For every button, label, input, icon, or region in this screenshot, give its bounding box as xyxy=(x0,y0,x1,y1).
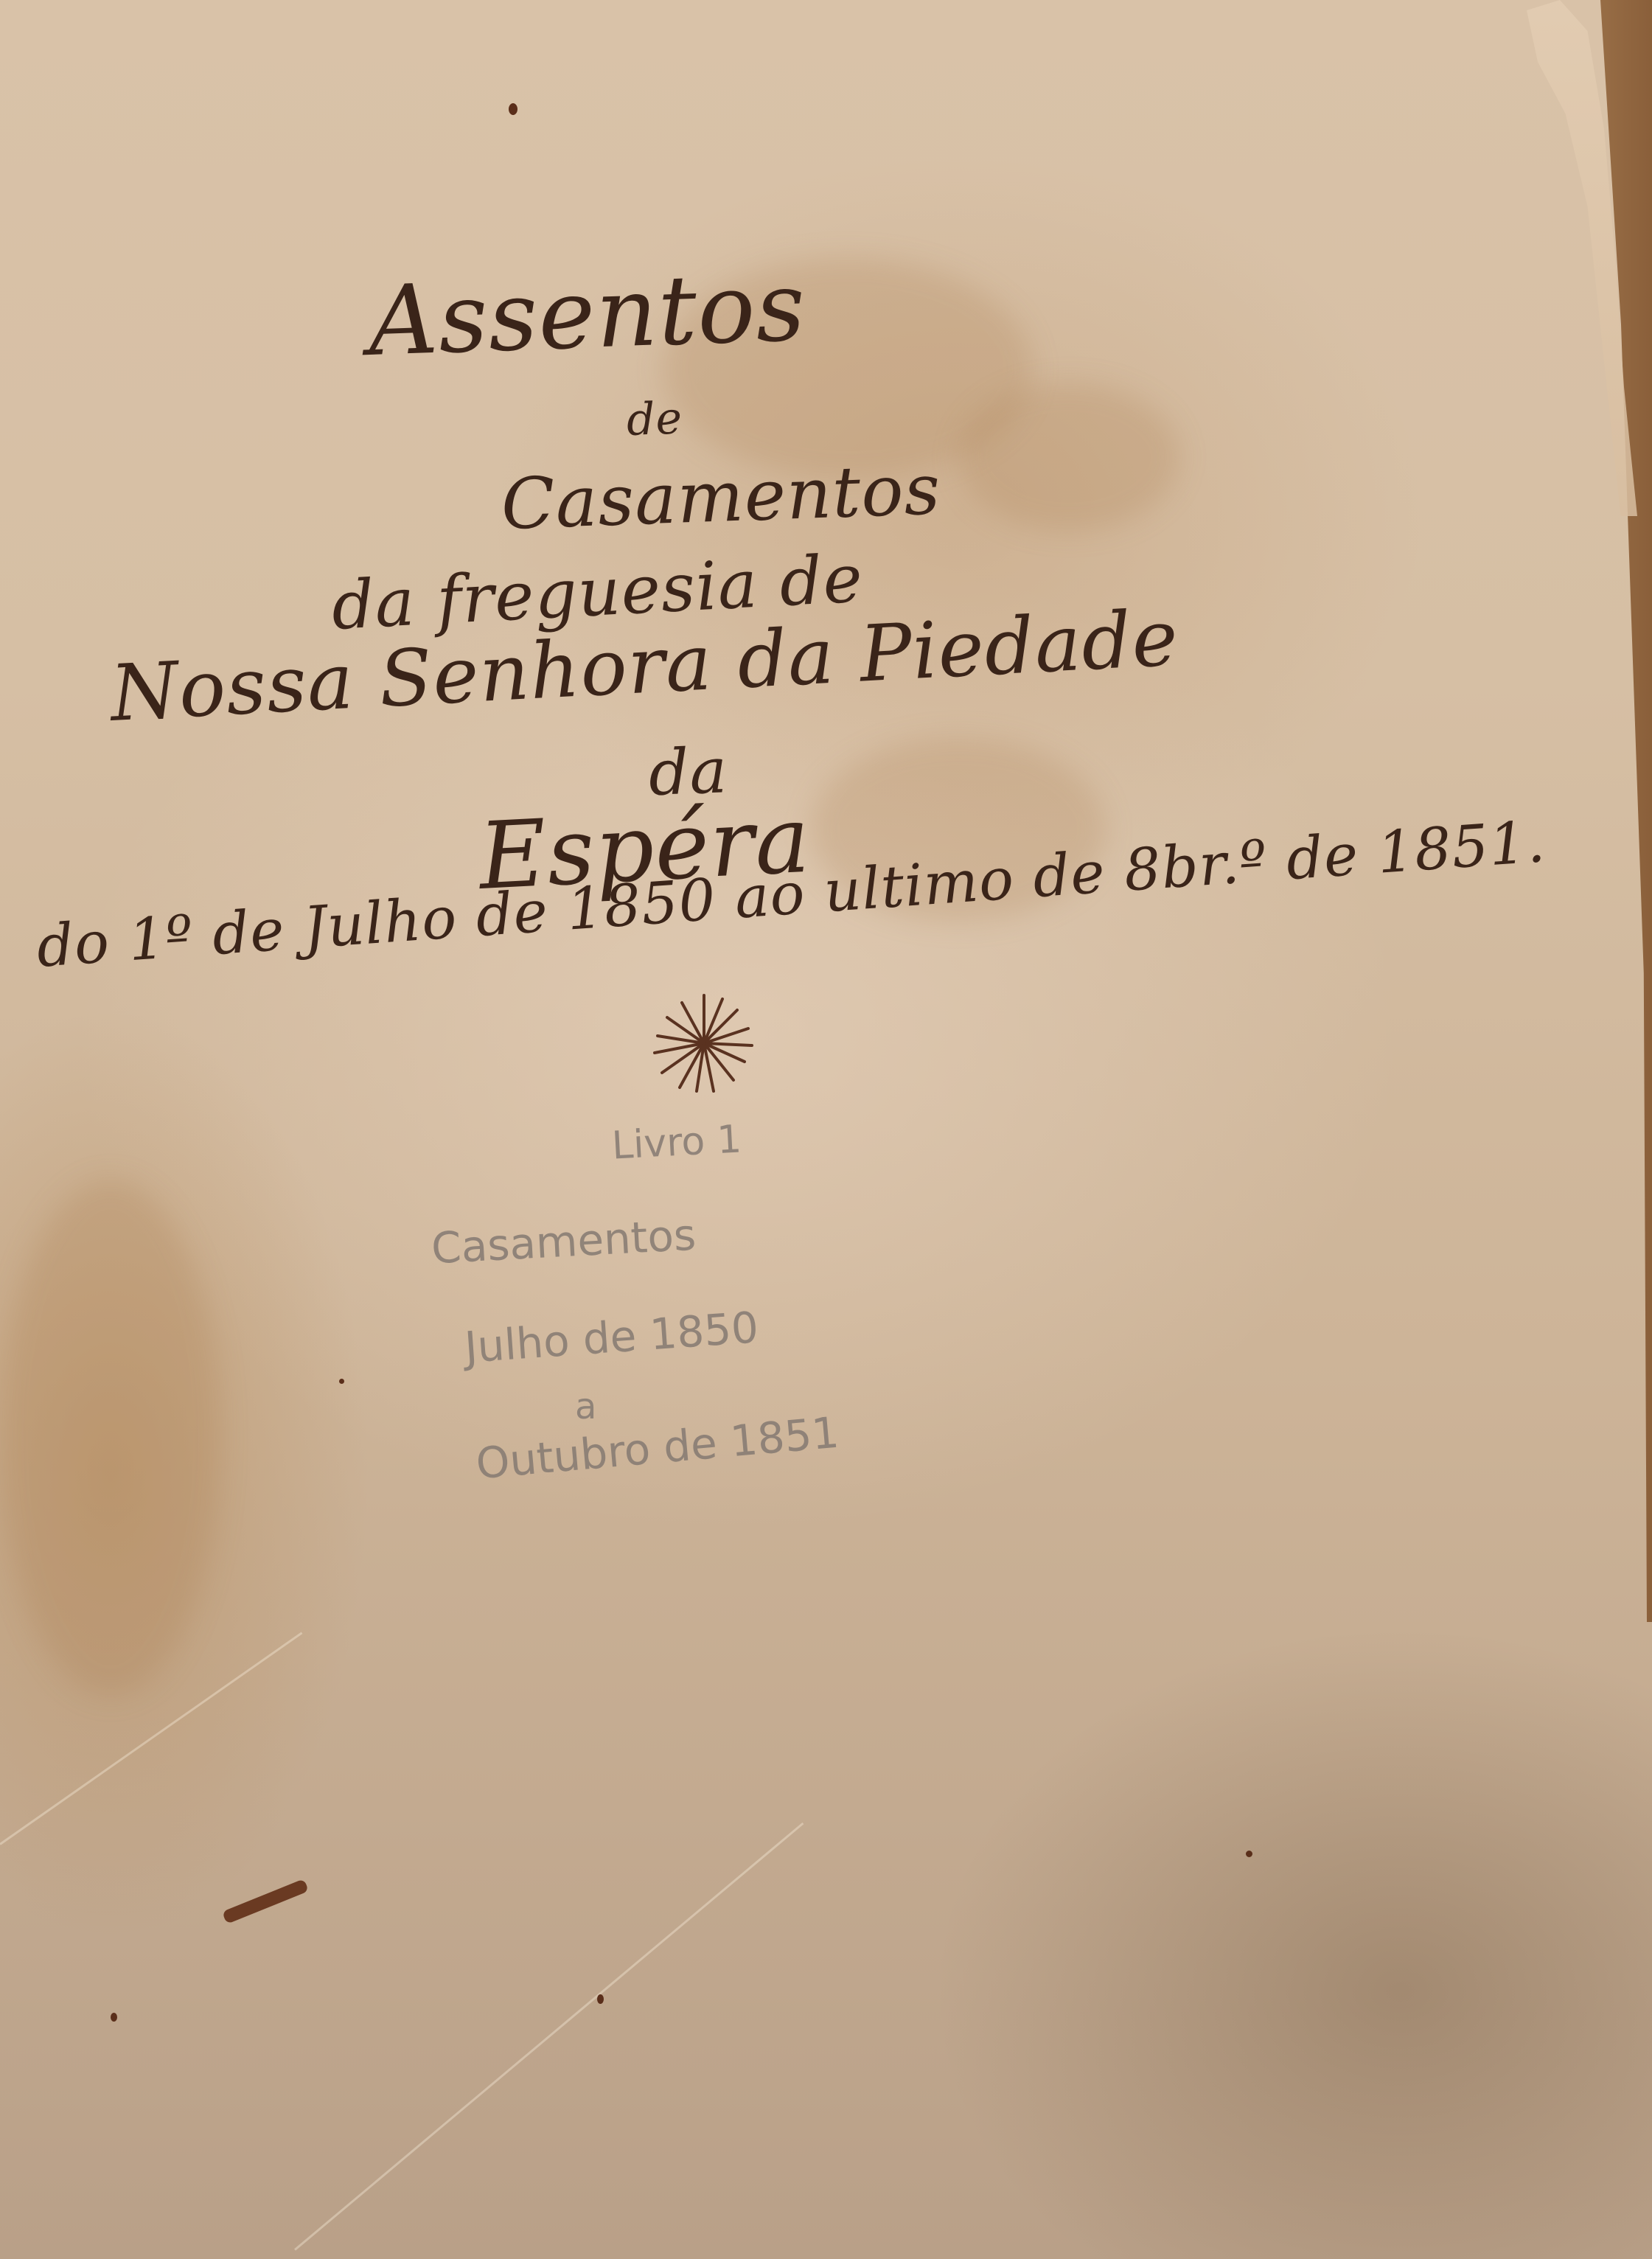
pencil-note-livro: Livro 1 xyxy=(611,1117,743,1168)
star-flourish-icon xyxy=(649,988,759,1099)
pencil-note-end-date: Outubro de 1851 xyxy=(474,1407,841,1489)
ink-speck xyxy=(111,2013,117,2022)
ink-speck xyxy=(339,1379,344,1384)
title-line-de: de xyxy=(626,392,683,446)
title-line-assentos: Assentos xyxy=(366,250,807,377)
ink-speck xyxy=(509,103,517,115)
pencil-note-a: a xyxy=(575,1386,596,1427)
title-line-casamentos: Casamentos xyxy=(500,449,942,546)
paper-crease xyxy=(294,1823,804,2251)
ink-speck xyxy=(597,1994,604,2004)
stain xyxy=(0,1180,221,1696)
worm-hole xyxy=(222,1879,309,1924)
document-photo: Assentos de Casamentos da freguesia de N… xyxy=(0,0,1652,2259)
pencil-note-casamentos: Casamentos xyxy=(430,1210,697,1274)
ink-speck xyxy=(1246,1851,1252,1857)
stain xyxy=(958,383,1179,531)
pencil-note-start-date: Julho de 1850 xyxy=(463,1302,760,1373)
